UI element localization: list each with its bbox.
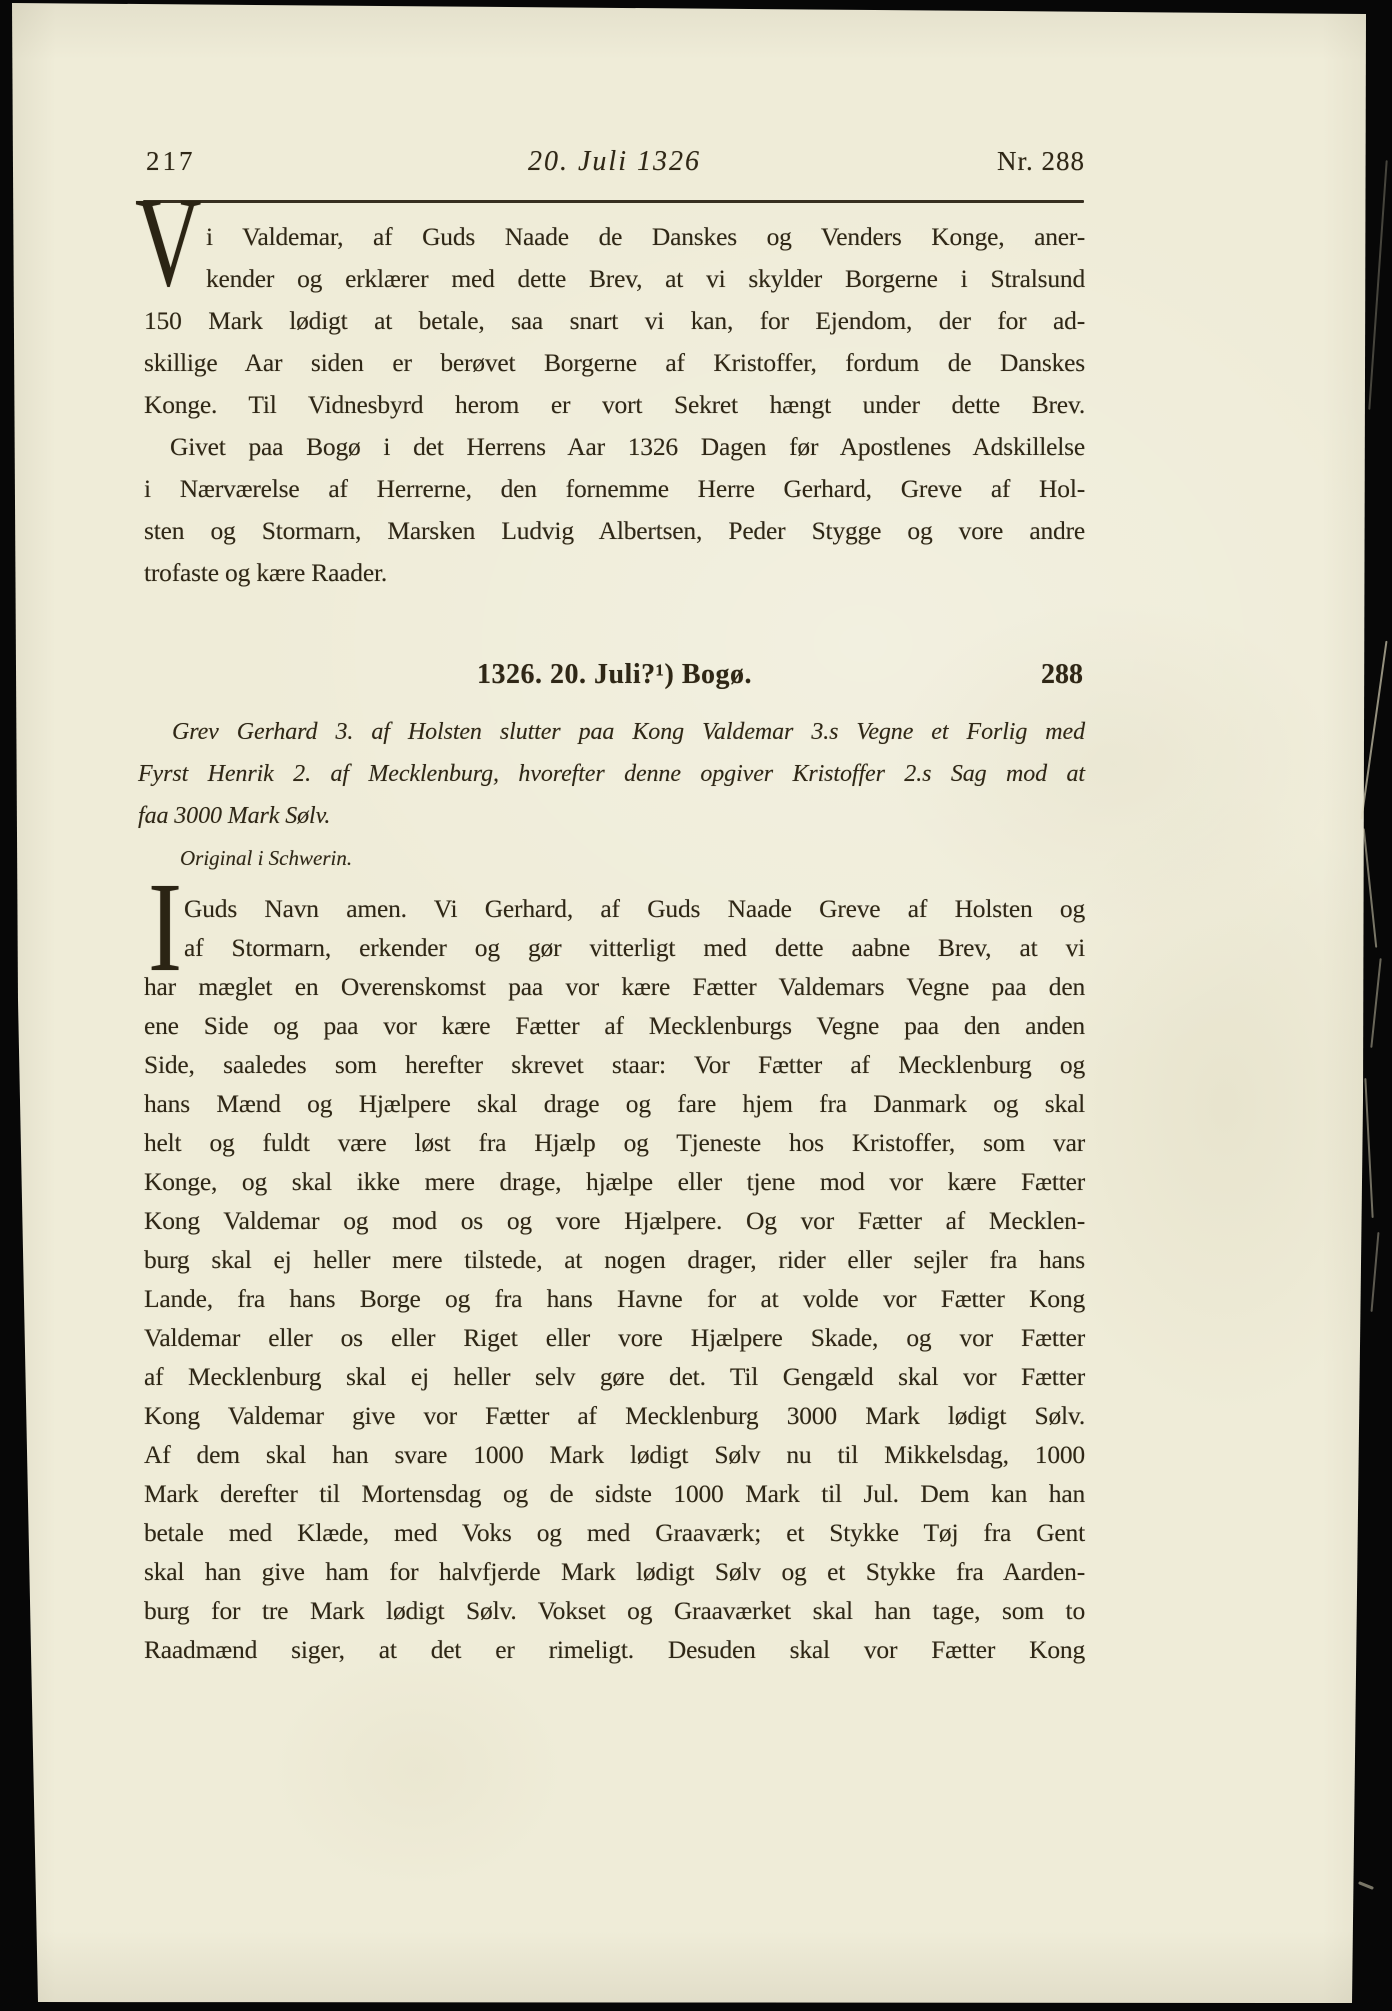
document-288-summary: Grev Gerhard 3. af Holsten slutter paa K… xyxy=(138,711,1085,837)
text-line: kender og erklærer med dette Brev, at vi… xyxy=(206,258,1085,300)
text-line: i Nærværelse af Herrerne, den fornemme H… xyxy=(144,468,1085,510)
text-line: Givet paa Bogø i det Herrens Aar 1326 Da… xyxy=(144,426,1085,468)
header-rule xyxy=(143,200,1084,203)
summary-line: Grev Gerhard 3. af Holsten slutter paa K… xyxy=(138,711,1085,753)
text-line: Raadmænd siger, at det er rimeligt. Desu… xyxy=(144,1630,1085,1669)
text-line: i Valdemar, af Guds Naade de Danskes og … xyxy=(206,216,1085,258)
text-line: Af dem skal han svare 1000 Mark lødigt S… xyxy=(144,1435,1085,1474)
document-288-heading: 1326. 20. Juli?¹) Bogø. 288 xyxy=(144,659,1085,699)
text-line: af Mecklenburg skal ej heller selv gøre … xyxy=(144,1357,1085,1396)
summary-line: Fyrst Henrik 2. af Mecklenburg, hvorefte… xyxy=(138,753,1085,795)
heading-number: 288 xyxy=(1041,659,1083,691)
text-line: trofaste og kære Raader. xyxy=(144,552,1085,594)
text-line: Guds Navn amen. Vi Gerhard, af Guds Naad… xyxy=(184,889,1085,928)
scan-edge-scratch xyxy=(1371,1232,1380,1312)
scan-edge-scratch xyxy=(1358,1881,1374,1890)
text-line: ene Side og paa vor kære Fætter af Meckl… xyxy=(144,1006,1085,1045)
text-line: sten og Stormarn, Marsken Ludvig Alberts… xyxy=(144,510,1085,552)
scan-edge-scratch xyxy=(1360,641,1387,820)
scan-edge-scratch xyxy=(1370,958,1381,1048)
text-line: burg for tre Mark lødigt Sølv. Vokset og… xyxy=(144,1591,1085,1630)
text-line: har mæglet en Overenskomst paa vor kære … xyxy=(144,967,1085,1006)
text-line: Konge. Til Vidnesbyrd herom er vort Sekr… xyxy=(144,384,1085,426)
text-line: hans Mænd og Hjælpere skal drage og fare… xyxy=(144,1084,1085,1123)
text-line: burg skal ej heller mere tilstede, at no… xyxy=(144,1240,1085,1279)
drop-cap-v: V xyxy=(135,178,201,306)
text-line: betale med Klæde, med Voks og med Graavæ… xyxy=(144,1513,1085,1552)
text-line: Konge, og skal ikke mere drage, hjælpe e… xyxy=(144,1162,1085,1201)
source-note: Original i Schwerin. xyxy=(180,846,352,871)
text-line: af Stormarn, erkender og gør vitterligt … xyxy=(184,928,1085,967)
text-line: skillige Aar siden er berøvet Borgerne a… xyxy=(144,342,1085,384)
drop-cap-i: I xyxy=(148,863,182,991)
text-line: Side, saaledes som herefter skrevet staa… xyxy=(144,1045,1085,1084)
running-header: 217 20. Juli 1326 Nr. 288 xyxy=(144,146,1085,182)
text-line: Lande, fra hans Borge og fra hans Havne … xyxy=(144,1279,1085,1318)
text-line: Kong Valdemar give vor Fætter af Mecklen… xyxy=(144,1396,1085,1435)
summary-line: faa 3000 Mark Sølv. xyxy=(138,795,1085,837)
document-288-text: I Guds Navn amen. Vi Gerhard, af Guds Na… xyxy=(144,889,1085,1669)
scan-edge-scratch xyxy=(1368,160,1387,410)
text-line: Kong Valdemar og mod os og vore Hjælpere… xyxy=(144,1201,1085,1240)
scan-edge-scratch xyxy=(1363,828,1378,948)
text-line: helt og fuldt være løst fra Hjælp og Tje… xyxy=(144,1123,1085,1162)
scanned-page: 217 20. Juli 1326 Nr. 288 V i Valdemar, … xyxy=(0,0,1392,2011)
text-line: 150 Mark lødigt at betale, saa snart vi … xyxy=(144,300,1085,342)
running-title: 20. Juli 1326 xyxy=(144,146,1085,178)
running-number: Nr. 288 xyxy=(997,146,1085,177)
scan-edge-scratch xyxy=(1364,1078,1373,1218)
heading-date-place: 1326. 20. Juli?¹) Bogø. xyxy=(144,659,1085,691)
text-line: Mark derefter til Mortensdag og de sidst… xyxy=(144,1474,1085,1513)
text-line: Valdemar eller os eller Riget eller vore… xyxy=(144,1318,1085,1357)
text-line: skal han give ham for halvfjerde Mark lø… xyxy=(144,1552,1085,1591)
document-287-text: V i Valdemar, af Guds Naade de Danskes o… xyxy=(144,216,1085,594)
